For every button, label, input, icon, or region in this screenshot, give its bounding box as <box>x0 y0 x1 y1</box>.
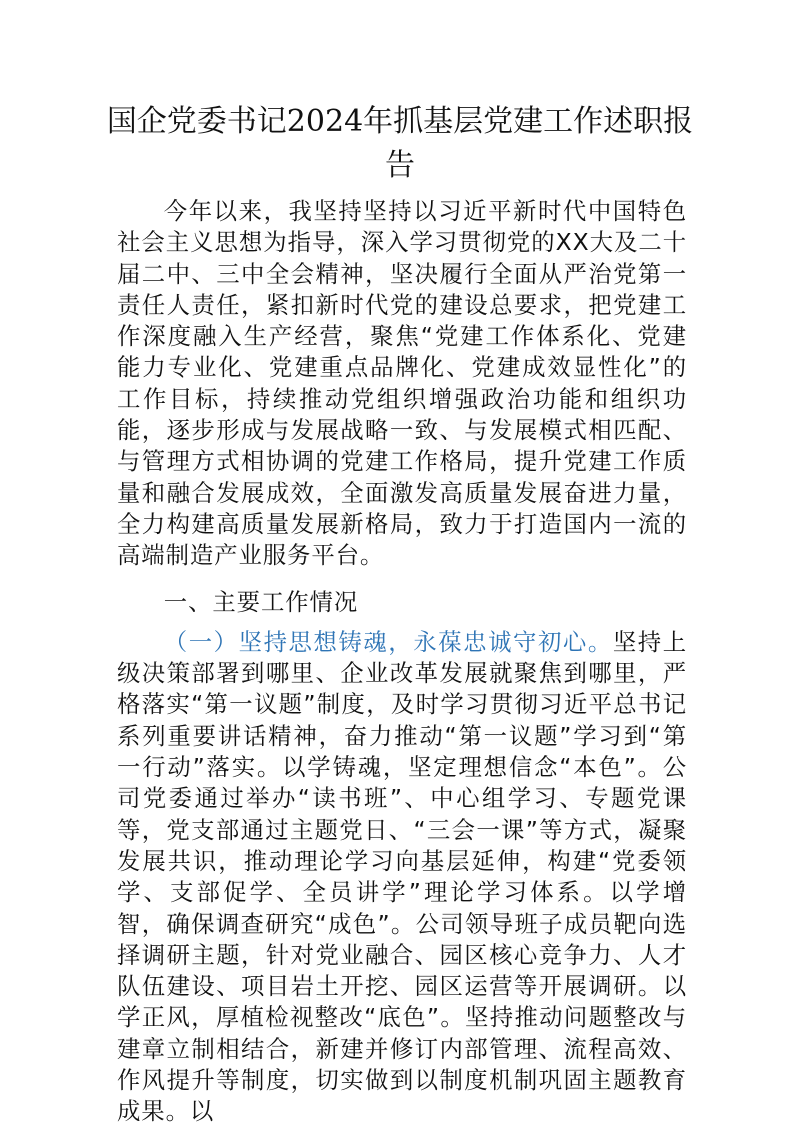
document-body: 今年以来，我坚持坚持以习近平新时代中国特色社会主义思想为指导，深入学习贯彻党的X… <box>117 196 687 1128</box>
subsection-heading: （一）坚持思想铸魂，永葆忠诚守初心。 <box>164 628 613 656</box>
document-page: 国企党委书记2024年抓基层党建工作述职报 告 今年以来，我坚持坚持以习近平新时… <box>0 0 800 1131</box>
title-line-2: 告 <box>100 144 700 188</box>
subsection-body: 坚持上级决策部署到哪里、企业改革发展就聚焦到哪里，严格落实“第一议题”制度，及时… <box>117 628 687 1125</box>
title-line-1: 国企党委书记2024年抓基层党建工作述职报 <box>100 100 700 144</box>
document-title: 国企党委书记2024年抓基层党建工作述职报 告 <box>100 100 700 188</box>
subsection-paragraph: （一）坚持思想铸魂，永葆忠诚守初心。坚持上级决策部署到哪里、企业改革发展就聚焦到… <box>117 627 687 1128</box>
intro-paragraph: 今年以来，我坚持坚持以习近平新时代中国特色社会主义思想为指导，深入学习贯彻党的X… <box>117 196 687 572</box>
section-heading: 一、主要工作情况 <box>117 587 687 618</box>
